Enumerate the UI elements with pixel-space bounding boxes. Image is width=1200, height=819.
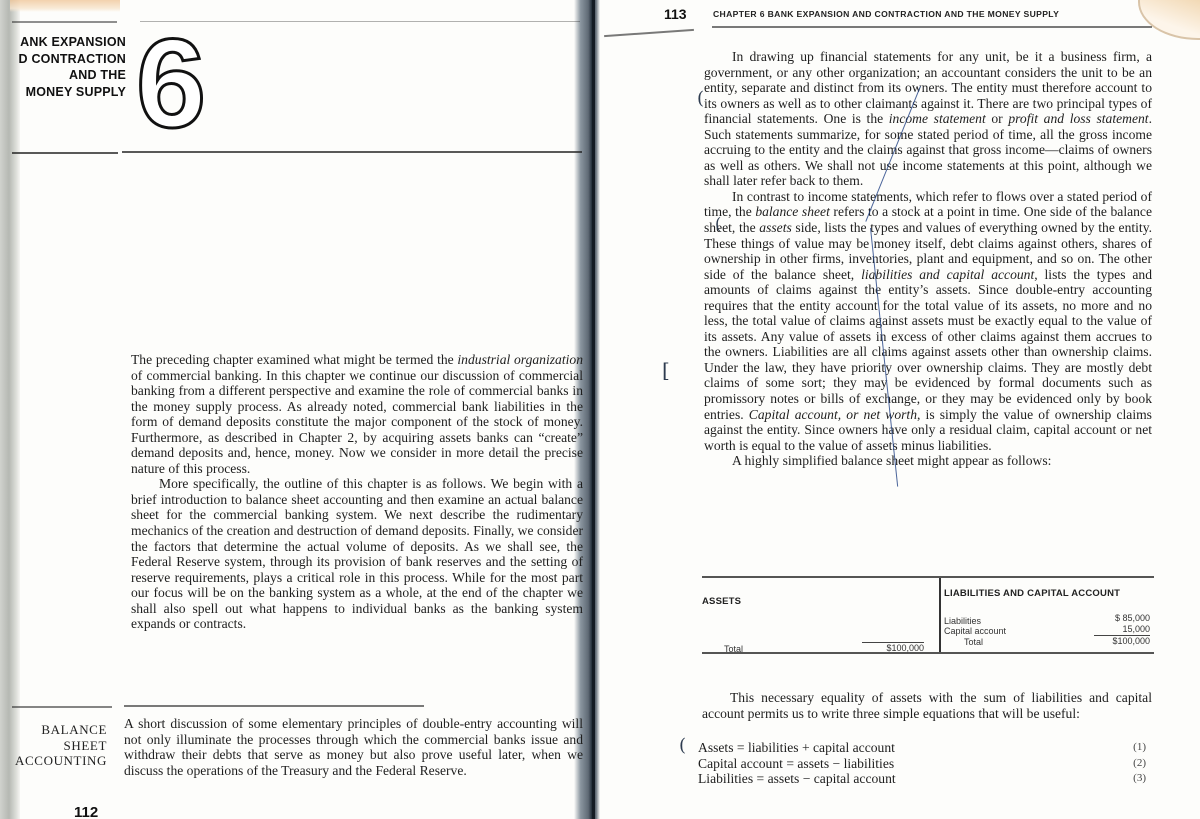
pencil-bracket-mark: ( [715,214,721,233]
page-number: 112 [74,804,98,819]
side-heading-line: ACCOUNTING [0,753,107,769]
chapter-title-line: AND THE [12,67,126,84]
divider-rule [12,152,118,154]
divider-rule [122,151,582,153]
equation-text: Liabilities = assets − capital account [698,771,896,787]
assets-header: ASSETS [702,596,741,607]
running-head: CHAPTER 6 BANK EXPANSION AND CONTRACTION… [713,9,1059,19]
paragraph: A highly simplified balance sheet might … [704,453,1152,469]
capital-account-value: 15,000 [1082,624,1150,635]
header-rule [712,26,1152,28]
paragraph: In drawing up financial statements for a… [704,49,1152,189]
spine-crease [592,0,595,819]
liabilities-label: Liabilities [944,616,981,627]
chapter-title-line: ANK EXPANSION [12,34,126,51]
left-page: ANK EXPANSION D CONTRACTION AND THE MONE… [0,0,590,819]
table-rule [702,652,1154,654]
table-divider [939,578,941,652]
chapter-number: 6 [136,24,206,144]
equation: Assets = liabilities + capital account (… [698,740,1146,756]
main-text: In drawing up financial statements for a… [704,49,1152,469]
pencil-bracket-mark: [ [662,358,670,382]
equation: Capital account = assets − liabilities (… [698,756,1146,772]
paragraph: More specifically, the outline of this c… [131,476,583,631]
chapter-title-line: D CONTRACTION [12,51,126,68]
header-rule [140,21,580,22]
paragraph: This necessary equality of assets with t… [702,690,1152,721]
liabilities-header: LIABILITIES AND CAPITAL ACCOUNT [944,588,1120,599]
equation: Liabilities = assets − capital account (… [698,771,1146,787]
pencil-bracket-mark: ( [697,88,704,109]
liabilities-total-value: $100,000 [1094,635,1150,647]
paragraph: In contrast to income statements, which … [704,189,1152,453]
equation-number: (2) [1124,756,1146,772]
equation-text: Assets = liabilities + capital account [698,740,895,756]
side-heading-line: SHEET [0,738,107,754]
page-number: 113 [664,6,687,22]
chapter-title-line: MONEY SUPPLY [12,84,126,101]
capital-account-label: Capital account [944,626,1006,637]
equation-number: (3) [1124,771,1146,787]
liabilities-value: $ 85,000 [1082,613,1150,624]
paragraph: The preceding chapter examined what migh… [131,352,583,476]
paragraph: A short discussion of some elementary pr… [124,716,583,778]
header-rule [12,21,117,23]
equation-text: Capital account = assets − liabilities [698,756,894,772]
chapter-title: ANK EXPANSION D CONTRACTION AND THE MONE… [12,34,126,100]
pencil-bracket-mark: ( [679,735,686,756]
balance-sheet-table: ASSETS LIABILITIES AND CAPITAL ACCOUNT T… [702,576,1154,654]
equation-number: (1) [1124,740,1146,756]
closing-paragraph: This necessary equality of assets with t… [702,690,1152,721]
section-side-heading: BALANCE SHEET ACCOUNTING [0,722,107,769]
equation-list: Assets = liabilities + capital account (… [698,740,1146,787]
section-body: A short discussion of some elementary pr… [124,716,583,778]
table-rule [702,576,1154,578]
section-rule [124,705,424,707]
section-rule [12,706,112,708]
liabilities-total-label: Total [964,637,983,648]
chapter-intro: The preceding chapter examined what migh… [131,352,583,632]
side-heading-line: BALANCE [0,722,107,738]
